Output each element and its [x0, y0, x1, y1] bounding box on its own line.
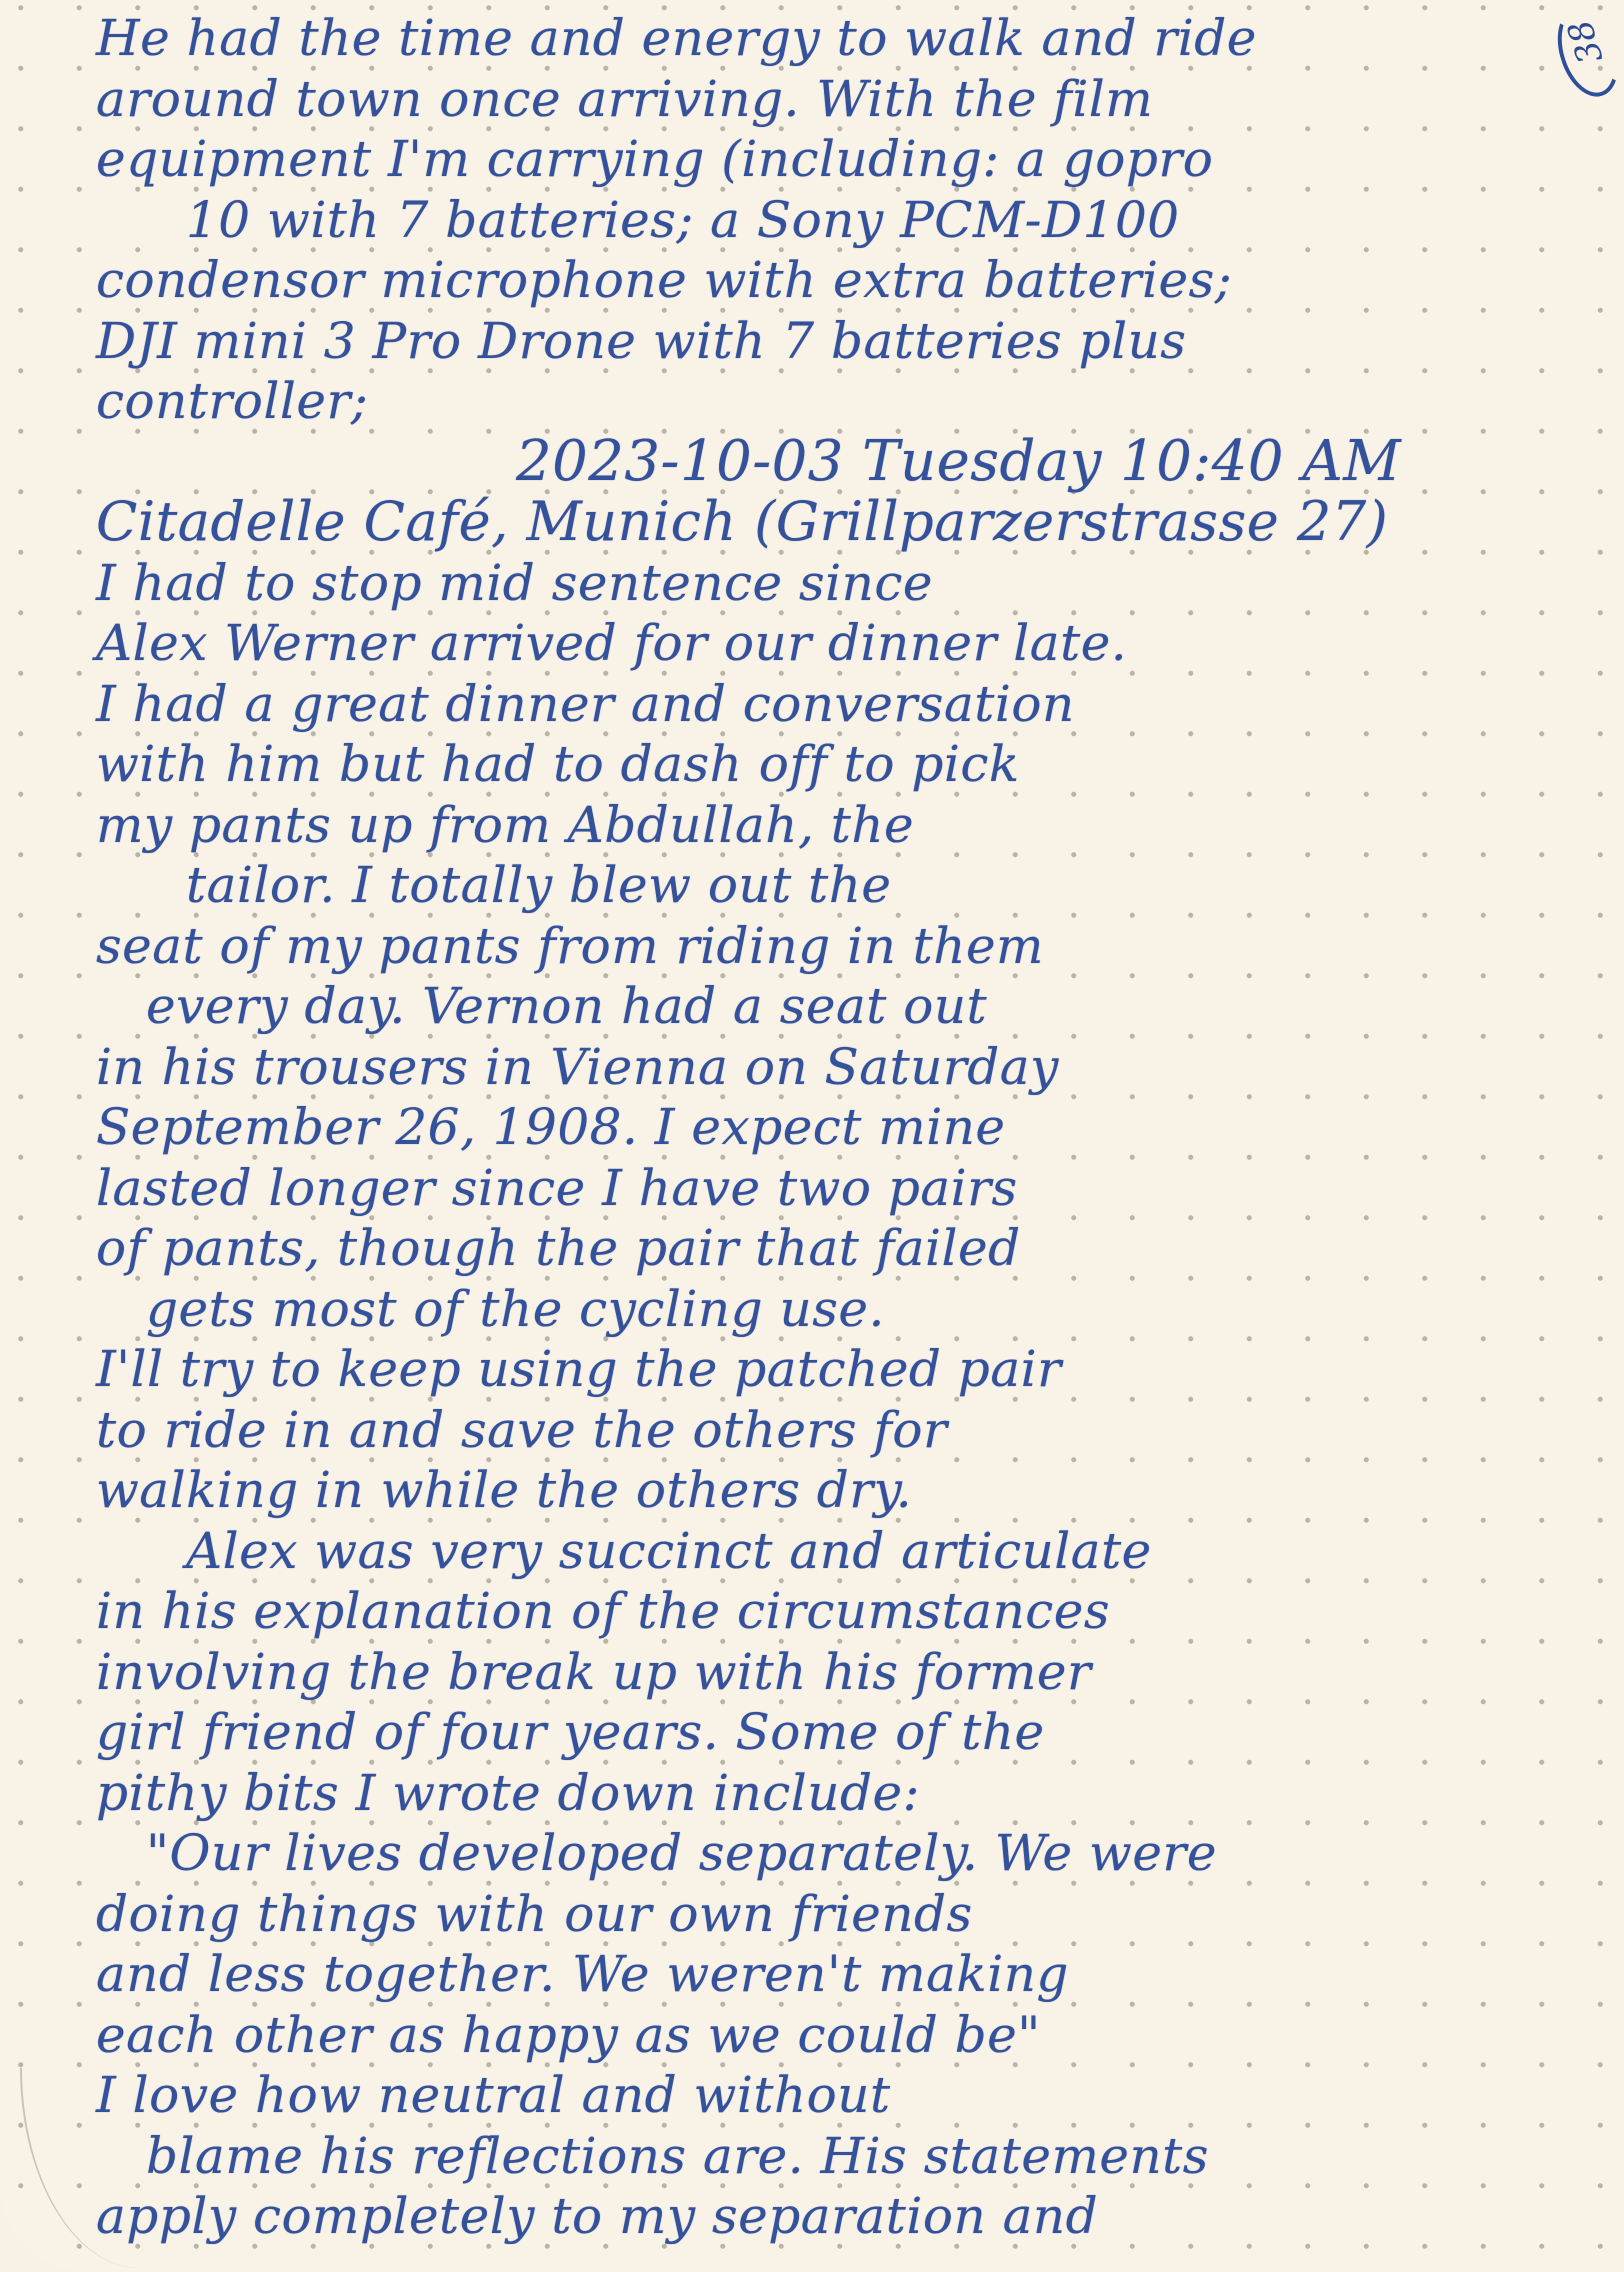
text-line: blame his reflections are. His statement… — [96, 2126, 1566, 2187]
text-line: to ride in and save the others for — [96, 1400, 1566, 1461]
text-line: in his trousers in Vienna on Saturday — [96, 1037, 1566, 1098]
journal-entry: He had the time and energy to walk and r… — [96, 8, 1566, 2247]
text-line: my pants up from Abdullah, the — [96, 795, 1566, 856]
text-line: 10 with 7 batteries; a Sony PCM-D100 — [96, 190, 1566, 251]
text-line: doing things with our own friends — [96, 1884, 1566, 1945]
text-line: "Our lives developed separately. We were — [96, 1823, 1566, 1884]
text-line: with him but had to dash off to pick — [96, 734, 1566, 795]
text-line: Alex was very succinct and articulate — [96, 1521, 1566, 1582]
text-line: pithy bits I wrote down include: — [96, 1763, 1566, 1824]
text-line: DJI mini 3 Pro Drone with 7 batteries pl… — [96, 311, 1566, 372]
text-line: September 26, 1908. I expect mine — [96, 1097, 1566, 1158]
text-line: of pants, though the pair that failed — [96, 1218, 1566, 1279]
notebook-page: 38 He had the time and energy to walk an… — [0, 0, 1624, 2272]
text-line: I love how neutral and without — [96, 2065, 1566, 2126]
text-line: I had to stop mid sentence since — [96, 553, 1566, 614]
text-line: involving the break up with his former — [96, 1642, 1566, 1703]
text-line: He had the time and energy to walk and r… — [96, 8, 1566, 69]
text-line: I had a great dinner and conversation — [96, 674, 1566, 735]
text-line: every day. Vernon had a seat out — [96, 976, 1566, 1037]
text-line: I'll try to keep using the patched pair — [96, 1339, 1566, 1400]
text-line: girl friend of four years. Some of the — [96, 1702, 1566, 1763]
text-line: controller; — [96, 371, 1566, 432]
text-line: walking in while the others dry. — [96, 1460, 1566, 1521]
text-line: in his explanation of the circumstances — [96, 1581, 1566, 1642]
text-line: lasted longer since I have two pairs — [96, 1158, 1566, 1219]
page-number: 38 — [1563, 16, 1609, 68]
text-line: each other as happy as we could be" — [96, 2005, 1566, 2066]
text-line: seat of my pants from riding in them — [96, 916, 1566, 977]
text-line: apply completely to my separation and — [96, 2186, 1566, 2247]
text-line: around town once arriving. With the film — [96, 69, 1566, 130]
entry-datetime-heading: 2023-10-03 Tuesday 10:40 AM — [96, 432, 1566, 493]
text-line: equipment I'm carrying (including: a gop… — [96, 129, 1566, 190]
text-line: condensor microphone with extra batterie… — [96, 250, 1566, 311]
text-line: Alex Werner arrived for our dinner late. — [96, 613, 1566, 674]
text-line: and less together. We weren't making — [96, 1944, 1566, 2005]
text-line: gets most of the cycling use. — [96, 1279, 1566, 1340]
entry-location-heading: Citadelle Café, Munich (Grillparzerstras… — [96, 492, 1566, 553]
text-line: tailor. I totally blew out the — [96, 855, 1566, 916]
